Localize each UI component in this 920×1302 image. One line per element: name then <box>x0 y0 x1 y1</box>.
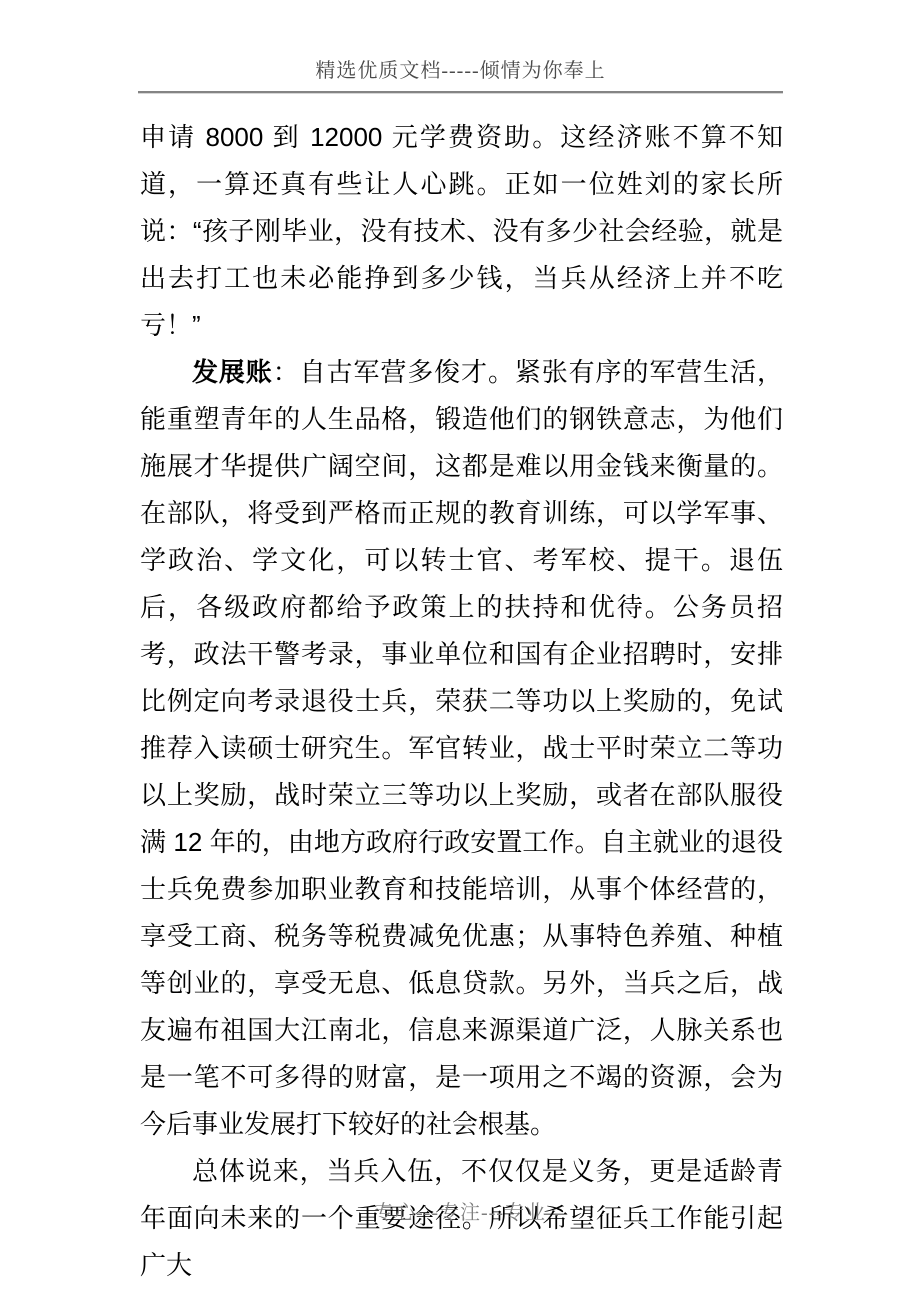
page-header: 精选优质文档-----倾情为你奉上 <box>138 58 783 94</box>
paragraph-economic-account: 申请 8000 到 12000 元学费资助。这经济账不算不知道，一算还真有些让人… <box>140 114 783 349</box>
footer-slogan: 专心---专注---专业 <box>374 1202 546 1224</box>
paragraph-development-account: 发展账：自古军营多俊才。紧张有序的军营生活，能重塑青年的人生品格，锻造他们的钢铁… <box>140 349 783 1148</box>
paragraph-text: 申请 8000 到 12000 元学费资助。这经济账不算不知道，一算还真有些让人… <box>140 122 783 340</box>
header-rule <box>138 91 783 94</box>
paragraph-lead: 发展账 <box>192 357 273 387</box>
header-slogan: 精选优质文档-----倾情为你奉上 <box>138 58 783 84</box>
document-page: 精选优质文档-----倾情为你奉上 申请 8000 到 12000 元学费资助。… <box>0 0 920 1302</box>
paragraph-text: ：自古军营多俊才。紧张有序的军营生活，能重塑青年的人生品格，锻造他们的钢铁意志，… <box>140 357 783 1139</box>
page-footer: 专心---专注---专业 <box>0 1199 920 1227</box>
document-body: 申请 8000 到 12000 元学费资助。这经济账不算不知道，一算还真有些让人… <box>140 114 783 1289</box>
